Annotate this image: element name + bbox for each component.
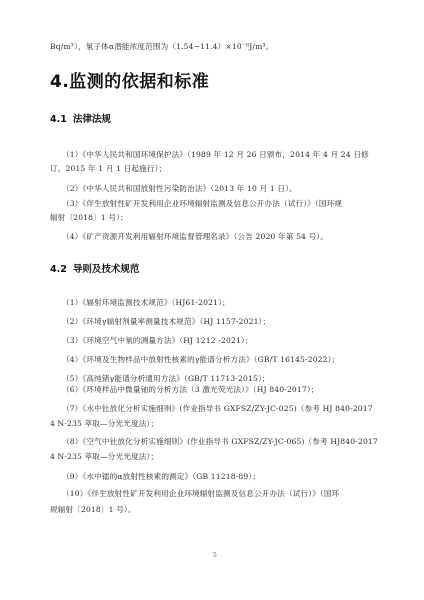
law-item-2: （2）《中华人民共和国放射性污染防治法》（2013 年 10 月 1 日）。 xyxy=(62,184,297,194)
subsection-title: 导则及技术规范 xyxy=(73,264,140,275)
standard-item-2: （2）《环境γ辐射剂量率测量技术规范》（HJ 1157-2021）； xyxy=(62,317,270,327)
standard-item-8-line2: 4 N-235 萃取—分光光度法）； xyxy=(50,452,158,462)
subsection-heading-laws: 4.1法律法规 xyxy=(50,114,111,126)
subsection-heading-standards: 4.2导则及技术规范 xyxy=(50,264,139,276)
law-item-3-line1: （3）《伴生放射性矿开发利用企业环境辐射监测及信息公开办法（试行）》（国环规 xyxy=(62,199,342,209)
standard-item-7-line1: （7）《水中钍放化分析实施细则》(作业指导书 GXFSZ/ZY-JC-025)（… xyxy=(62,404,373,414)
standard-item-9: （9）《水中镭的α放射性核素的测定》（GB 11218-89）； xyxy=(62,472,260,482)
standard-item-1: （1）《辐射环境监测技术规范》（HJ61-2021）； xyxy=(62,298,230,308)
law-item-3-line2: 辐射〔2018〕1 号）； xyxy=(50,213,128,223)
section-title: 4.监测的依据和标准 xyxy=(50,72,209,92)
standard-item-6: （6）《环境样品中微量铀的分析方法（3 激光荧光法）》（HJ 840-2017）… xyxy=(62,385,319,395)
standard-item-5: （5）《高纯锗γ能谱分析通用方法》（GB/T 11713-2015）； xyxy=(62,374,270,384)
standard-item-10-line2: 规辐射〔2018〕1 号）。 xyxy=(50,505,136,515)
law-item-4: （4）《矿产资源开发利用辐射环境监督管理名录》（公告 2020 年第 54 号）… xyxy=(62,232,328,242)
document-page: Bq/m³），氡子体α潜能浓度范围为（1.54~11.4）×10⁻⁸J/m³。 … xyxy=(0,0,424,600)
subsection-number: 4.1 xyxy=(50,114,67,125)
standard-item-3: （3）《环境空气中氡的测量方法》（HJ 1212 -2021）； xyxy=(62,336,253,346)
law-item-1-line1: （1）《中华人民共和国环境保护法》（1989 年 12 月 26 日颁布，201… xyxy=(62,150,369,160)
standard-item-10-line1: （10）《伴生放射性矿开发利用企业环境辐射监测及信息公开办法（试行）》（国环 xyxy=(62,489,339,499)
law-item-1-line2: 订，2015 年 1 月 1 日起施行）； xyxy=(50,164,166,174)
page-number: 5 xyxy=(213,552,217,559)
standard-item-4: （4）《环境及生物样品中放射性核素的γ能谱分析方法》（GB/T 16145-20… xyxy=(62,355,339,365)
intro-text: Bq/m³），氡子体α潜能浓度范围为（1.54~11.4）×10⁻⁸J/m³。 xyxy=(50,42,273,52)
standard-item-8-line1: （8）《空气中钍放化分析实施细则》(作业指导书 GXFSZ/ZY-JC-065)… xyxy=(62,437,378,447)
standard-item-7-line2: 4 N-235 萃取—分光光度法）； xyxy=(50,419,158,429)
subsection-title: 法律法规 xyxy=(73,114,111,125)
subsection-number: 4.2 xyxy=(50,264,67,275)
